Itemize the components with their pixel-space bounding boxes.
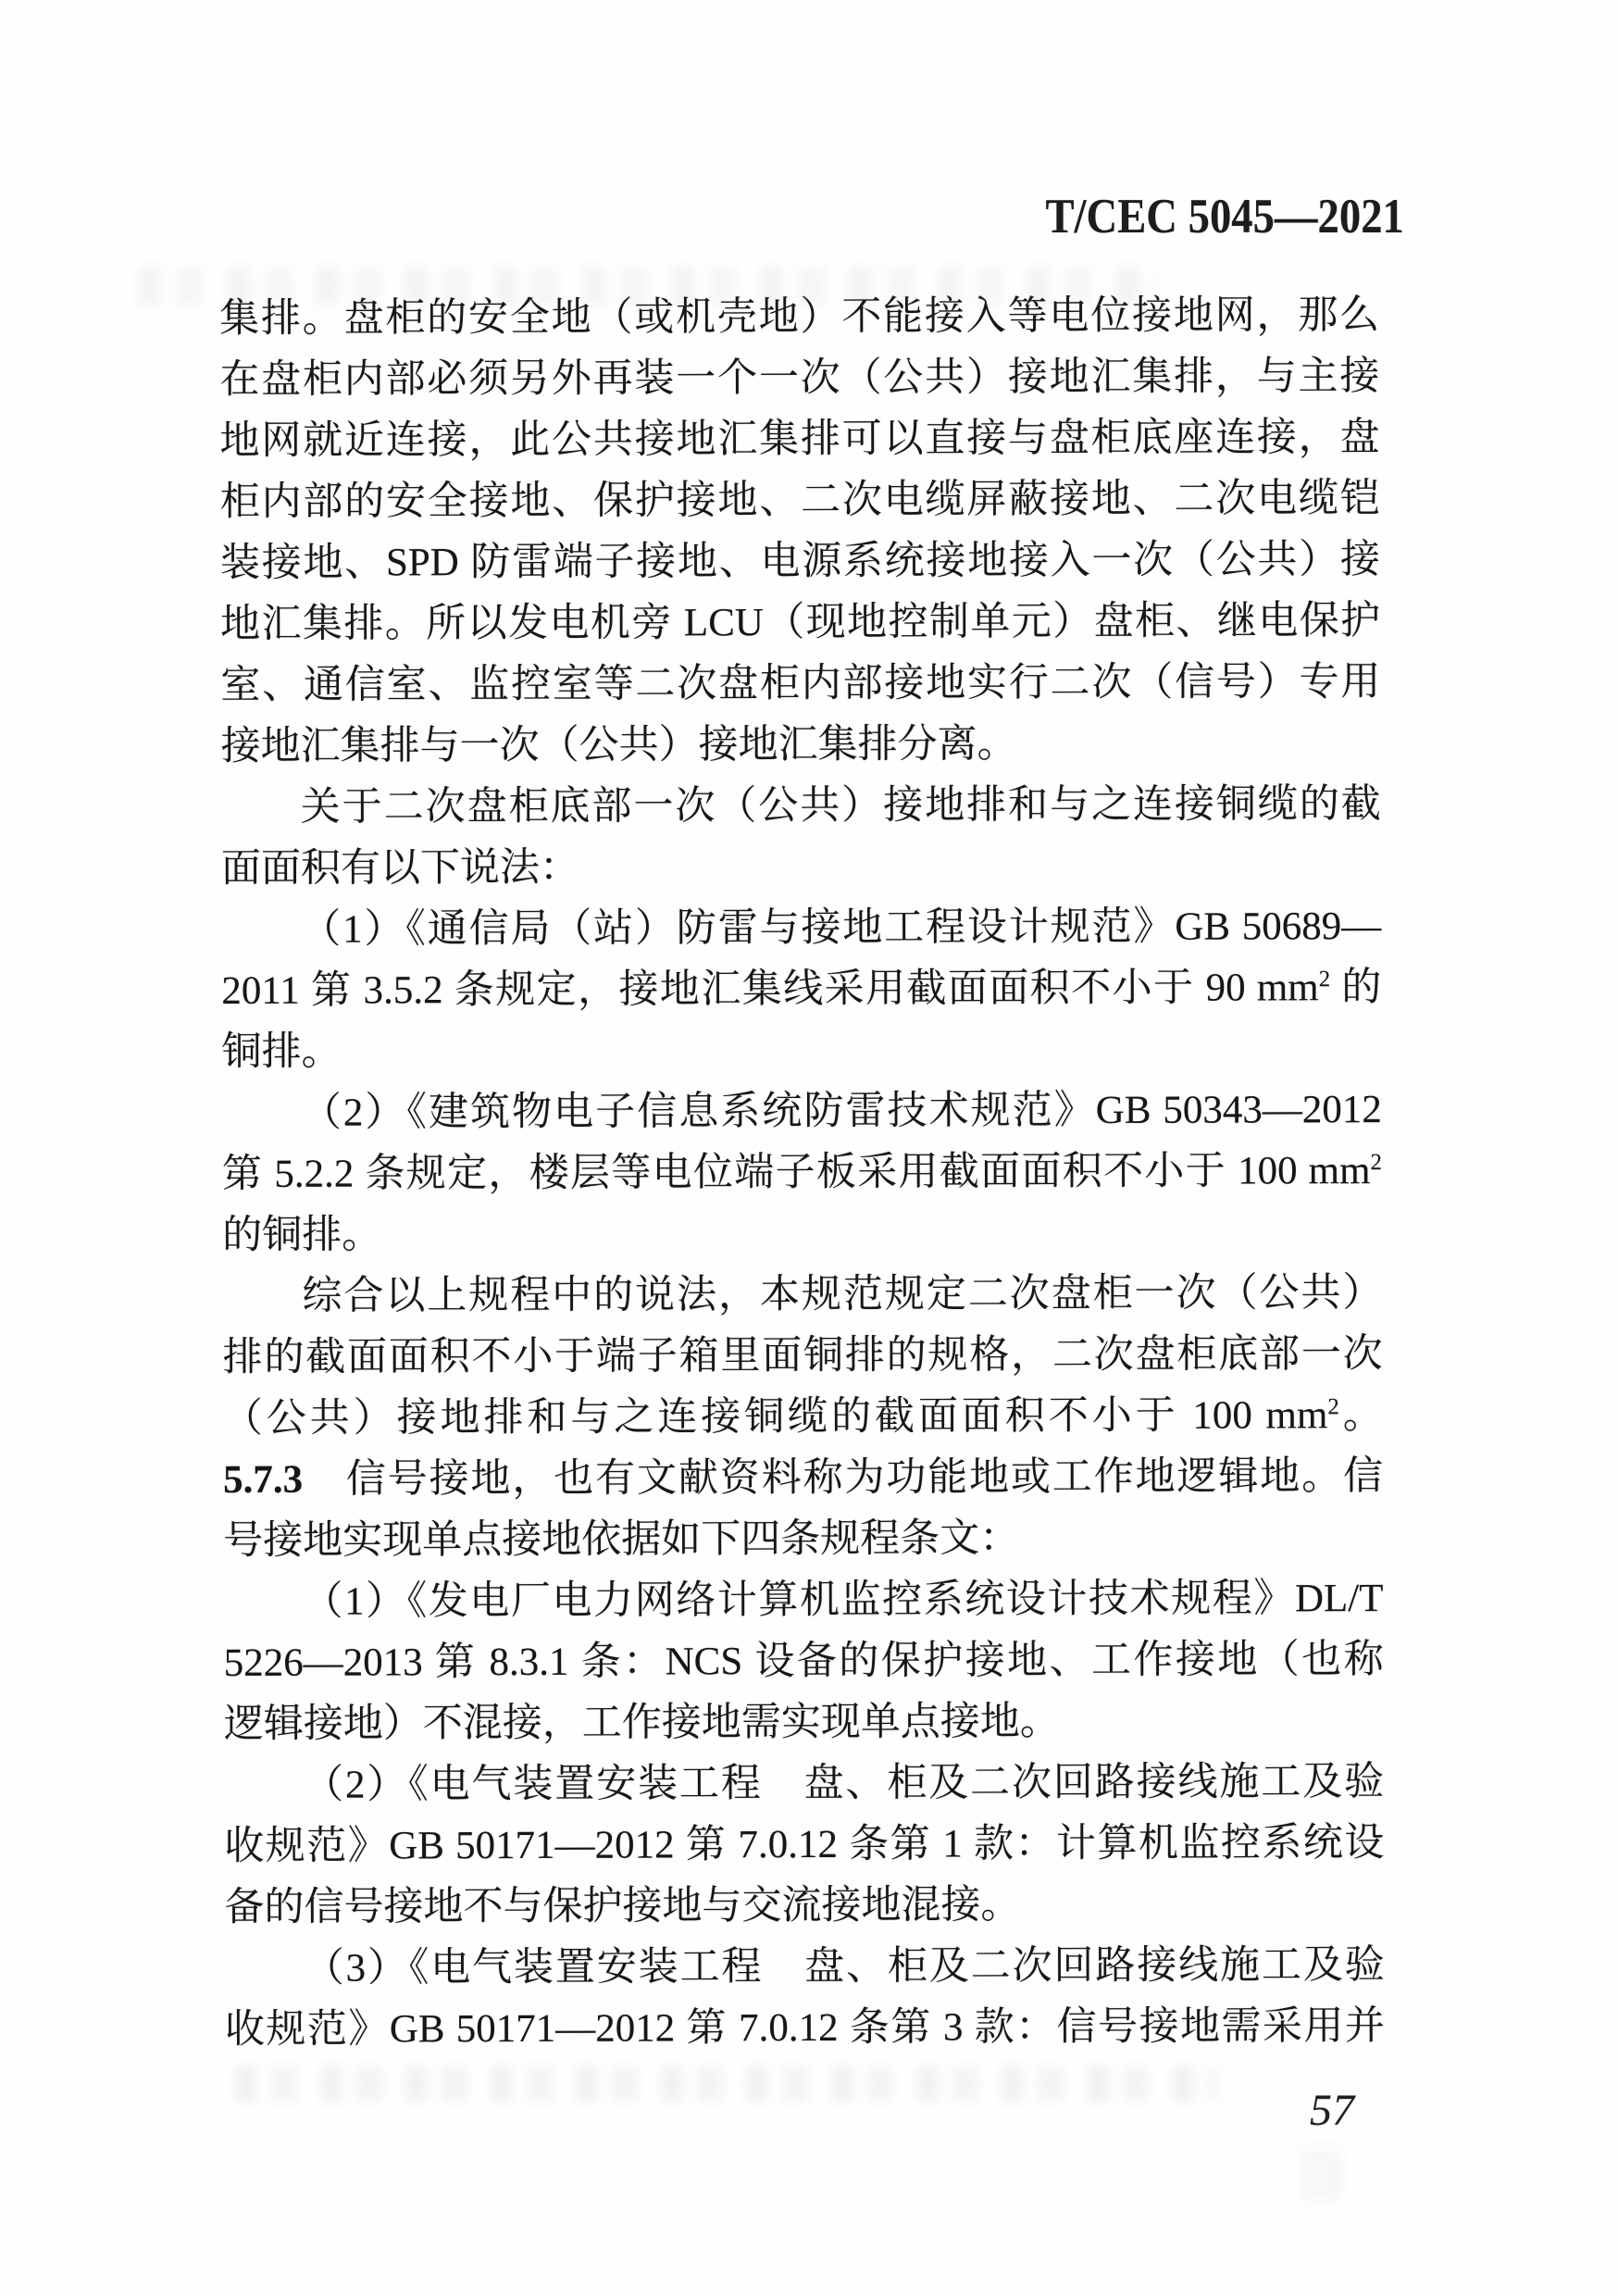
text-segment: 逻辑接地）不混接，工作接地需实现单点接地。	[224, 1700, 1060, 1746]
text-segment: 第 5.2.2 条规定，楼层等电位端子板采用截面面积不小于 100 mm	[222, 1149, 1371, 1196]
text-segment: 铜排。	[222, 1030, 342, 1074]
superscript: 2	[1319, 967, 1331, 992]
text-line: （1）《通信局（站）防雷与接地工程设计规范》GB 50689—	[221, 896, 1381, 961]
text-line: 备的信号接地不与保护接地与交流接地混接。	[224, 1874, 1384, 1939]
text-segment: 综合以上规程中的说法，本规范规定二次盘柜一次（公共）	[302, 1271, 1382, 1318]
text-line: 铜排。	[221, 1018, 1381, 1083]
text-segment: 收规范》GB 50171—2012 第 7.0.12 条第 1 款：计算机监控系…	[224, 1821, 1384, 1868]
text-line: （3）《电气装置安装工程 盘、柜及二次回路接线施工及验	[225, 1935, 1385, 2000]
text-line: 装接地、SPD 防雷端子接地、电源系统接地接入一次（公共）接	[220, 530, 1380, 594]
text-segment: （1）《通信局（站）防雷与接地工程设计规范》GB 50689—	[301, 905, 1381, 952]
scan-artifact-bottom	[236, 2066, 1217, 2102]
text-line: 第 5.2.2 条规定，楼层等电位端子板采用截面面积不小于 100 mm2	[222, 1141, 1382, 1205]
text-line: 逻辑接地）不混接，工作接地需实现单点接地。	[224, 1691, 1384, 1755]
text-segment: 装接地、SPD 防雷端子接地、电源系统接地接入一次（公共）接	[220, 538, 1380, 585]
text-line: 收规范》GB 50171—2012 第 7.0.12 条第 1 款：计算机监控系…	[224, 1813, 1384, 1878]
text-segment: （2）《电气装置安装工程 盘、柜及二次回路接线施工及验	[304, 1760, 1384, 1807]
text-line: 排的截面面积不小于端子箱里面铜排的规格，二次盘柜底部一次	[223, 1324, 1383, 1389]
text-segment: 5226—2013 第 8.3.1 条：NCS 设备的保护接地、工作接地（也称	[224, 1638, 1384, 1685]
text-line: （公共）接地排和与之连接铜缆的截面面积不小于 100 mm2。	[223, 1385, 1383, 1450]
scan-artifact-corner	[1300, 2146, 1342, 2202]
text-segment: 排的截面面积不小于端子箱里面铜排的规格，二次盘柜底部一次	[223, 1332, 1383, 1379]
superscript: 2	[1327, 1394, 1339, 1419]
text-line: 综合以上规程中的说法，本规范规定二次盘柜一次（公共）	[222, 1263, 1382, 1328]
text-line: 5.7.3 信号接地，也有文献资料称为功能地或工作地逻辑地。信	[223, 1446, 1383, 1511]
text-line: 室、通信室、监控室等二次盘柜内部接地实行二次（信号）专用	[220, 652, 1380, 717]
text-segment: 。	[1339, 1393, 1383, 1437]
text-segment: 地网就近连接，此公共接地汇集排可以直接与盘柜底座连接，盘	[219, 416, 1379, 463]
clause-number: 5.7.3	[223, 1458, 303, 1502]
text-line: 号接地实现单点接地依据如下四条规程条文：	[223, 1507, 1383, 1572]
text-segment: 集排。盘柜的安全地（或机壳地）不能接入等电位接地网，那么	[219, 293, 1379, 341]
text-segment: 备的信号接地不与保护接地与交流接地混接。	[224, 1883, 1020, 1929]
text-line: （2）《电气装置安装工程 盘、柜及二次回路接线施工及验	[224, 1752, 1384, 1816]
text-segment: （3）《电气装置安装工程 盘、柜及二次回路接线施工及验	[305, 1943, 1385, 1990]
text-segment: 地汇集排。所以发电机旁 LCU（现地控制单元）盘柜、继电保护	[220, 599, 1380, 646]
text-line: 柜内部的安全接地、保护接地、二次电缆屏蔽接地、二次电缆铠	[220, 468, 1380, 533]
text-segment: 2011 第 3.5.2 条规定，接地汇集线采用截面面积不小于 90 mm	[221, 966, 1318, 1013]
text-line: 收规范》GB 50171—2012 第 7.0.12 条第 3 款：信号接地需采…	[225, 1996, 1385, 2061]
text-line: 关于二次盘柜底部一次（公共）接地排和与之连接铜缆的截	[221, 774, 1381, 839]
text-segment: 关于二次盘柜底部一次（公共）接地排和与之连接铜缆的截	[301, 782, 1381, 830]
text-segment: 接地汇集排与一次（公共）接地汇集排分离。	[220, 722, 1016, 768]
text-line: 的铜排。	[222, 1202, 1382, 1267]
text-line: （2）《建筑物电子信息系统防雷技术规范》GB 50343—2012	[222, 1079, 1382, 1144]
text-segment: 的铜排。	[222, 1213, 381, 1257]
text-line: 5226—2013 第 8.3.1 条：NCS 设备的保护接地、工作接地（也称	[224, 1629, 1384, 1694]
text-line: 地网就近连接，此公共接地汇集排可以直接与盘柜底座连接，盘	[219, 407, 1379, 472]
text-segment: 的	[1330, 966, 1381, 1009]
page-number: 57	[1262, 2085, 1354, 2136]
text-line: 面面积有以下说法：	[221, 835, 1381, 900]
text-line: 集排。盘柜的安全地（或机壳地）不能接入等电位接地网，那么	[219, 285, 1379, 350]
text-segment: 室、通信室、监控室等二次盘柜内部接地实行二次（信号）专用	[220, 660, 1380, 707]
text-line: 接地汇集排与一次（公共）接地汇集排分离。	[220, 713, 1380, 778]
text-segment: 收规范》GB 50171—2012 第 7.0.12 条第 3 款：信号接地需采…	[225, 2004, 1385, 2052]
text-segment: 面面积有以下说法：	[221, 846, 579, 891]
text-segment: （2）《建筑物电子信息系统防雷技术规范》GB 50343—2012	[302, 1088, 1382, 1135]
text-segment: 柜内部的安全接地、保护接地、二次电缆屏蔽接地、二次电缆铠	[220, 477, 1380, 524]
superscript: 2	[1370, 1150, 1382, 1175]
document-page: T/CEC 5045—2021 集排。盘柜的安全地（或机壳地）不能接入等电位接地…	[0, 0, 1618, 2296]
text-segment: 在盘柜内部必须另外再装一个一次（公共）接地汇集排，与主接	[219, 355, 1379, 402]
text-line: 2011 第 3.5.2 条规定，接地汇集线采用截面面积不小于 90 mm2 的	[221, 957, 1381, 1022]
text-line: （1）《发电厂电力网络计算机监控系统设计技术规程》DL/T	[223, 1568, 1383, 1633]
text-line: 在盘柜内部必须另外再装一个一次（公共）接地汇集排，与主接	[219, 346, 1379, 411]
text-segment: 信号接地，也有文献资料称为功能地或工作地逻辑地。信	[303, 1454, 1383, 1502]
text-line: 地汇集排。所以发电机旁 LCU（现地控制单元）盘柜、继电保护	[220, 591, 1380, 655]
text-segment: （公共）接地排和与之连接铜缆的截面面积不小于 100 mm	[223, 1393, 1328, 1441]
text-segment: 号接地实现单点接地依据如下四条规程条文：	[223, 1516, 1019, 1563]
standard-number-header: T/CEC 5045—2021	[1045, 189, 1381, 244]
body-text: 集排。盘柜的安全地（或机壳地）不能接入等电位接地网，那么在盘柜内部必须另外再装一…	[219, 285, 1385, 2061]
text-segment: （1）《发电厂电力网络计算机监控系统设计技术规程》DL/T	[303, 1577, 1383, 1624]
